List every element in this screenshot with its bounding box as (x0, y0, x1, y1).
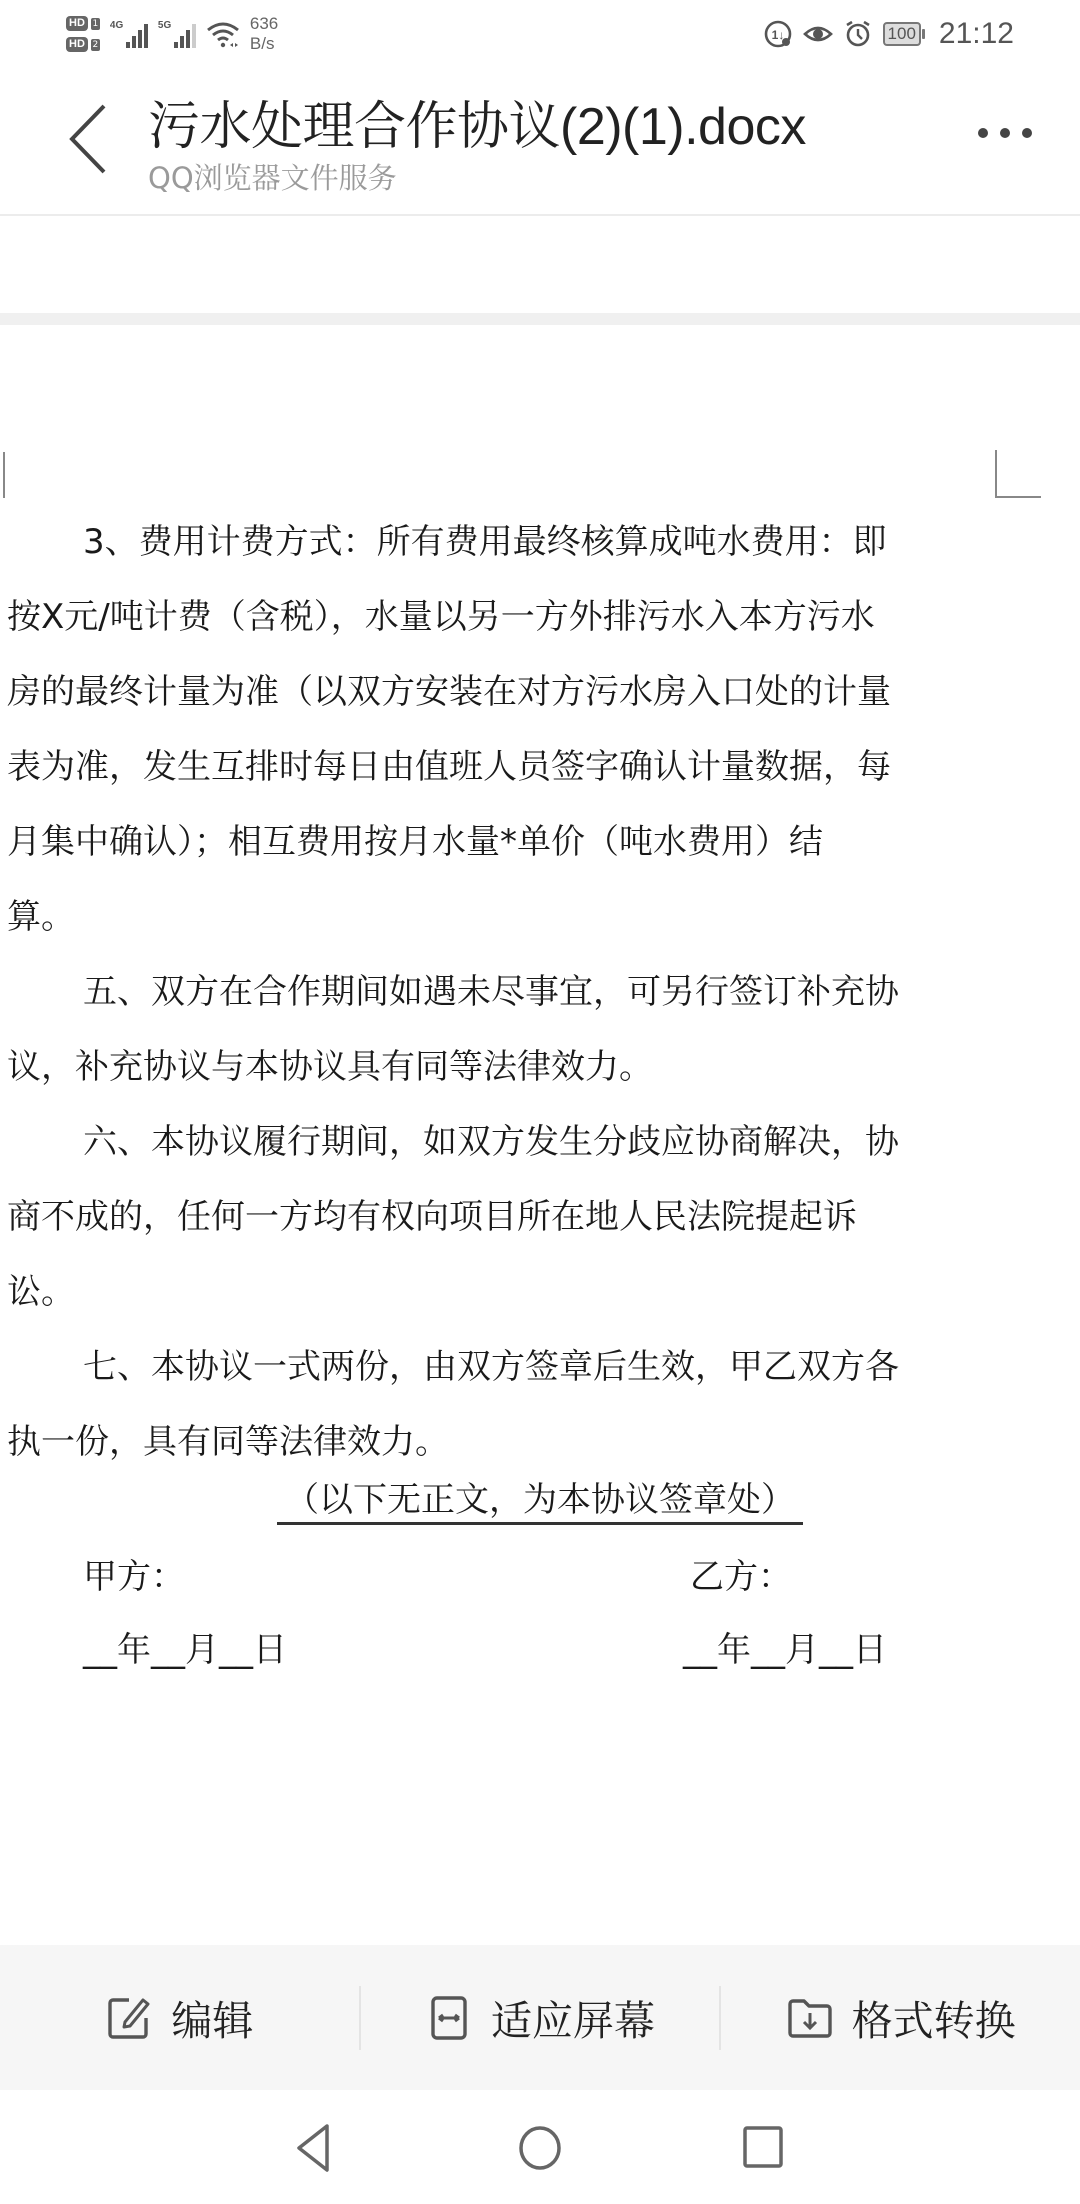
party-b-label: 乙方： (690, 1547, 792, 1607)
system-nav-bar (0, 2090, 1080, 2204)
fit-screen-label: 适应屏幕 (491, 1988, 655, 2047)
hd-icon: HD (66, 16, 88, 31)
eye-comfort-icon (803, 19, 833, 49)
sim1-hd: HD 1 (66, 16, 100, 31)
format-convert-icon (786, 1994, 834, 2042)
signal-type-label: 4G (110, 20, 123, 31)
page-margin-mark-left (0, 452, 5, 498)
text-line: 七、本协议一式两份，由双方签章后生效，甲乙双方各 (7, 1330, 1007, 1405)
signal-4g-icon: 4G (110, 20, 148, 48)
sim-slot-icon: 1 (91, 18, 100, 30)
paragraph-seven: 七、本协议一式两份，由双方签章后生效，甲乙双方各 执一份，具有同等法律效力。 (7, 1330, 1007, 1480)
text-line: 房的最终计量为准（以双方安装在对方污水房入口处的计量 (7, 655, 1007, 730)
text-line: 按X元/吨计费（含税），水量以另一方外排污水入本方污水 (7, 580, 1007, 655)
text-line: 3、费用计费方式：所有费用最终核算成吨水费用：即 (7, 505, 1007, 580)
format-convert-label: 格式转换 (852, 1988, 1016, 2047)
recents-nav-icon[interactable] (733, 2118, 793, 2178)
edit-button[interactable]: 编辑 (0, 1945, 359, 2090)
party-b-date: __年__月__日 (683, 1620, 887, 1680)
text-line: 商不成的，任何一方均有权向项目所在地人民法院提起诉 (7, 1180, 1007, 1255)
hd-icon: HD (66, 37, 88, 52)
signature-note-text: （以下无正文，为本协议签章处） (277, 1480, 803, 1525)
signal-5g-icon: 5G (158, 20, 196, 48)
format-convert-button[interactable]: 格式转换 (721, 1945, 1080, 2090)
text-line: 议，补充协议与本协议具有同等法律效力。 (7, 1030, 1007, 1105)
network-speed-unit: B/s (250, 34, 278, 54)
paragraph-fee-method: 3、费用计费方式：所有费用最终核算成吨水费用：即 按X元/吨计费（含税），水量以… (7, 505, 1007, 955)
more-options-button[interactable] (978, 128, 1032, 138)
home-nav-icon[interactable] (510, 2118, 570, 2178)
document-title: 污水处理合作协议(2)(1).docx (148, 84, 806, 159)
battery-level: 100 (883, 22, 921, 46)
party-a-label: 甲方： (83, 1547, 185, 1607)
network-speed-value: 636 (250, 14, 278, 34)
text-line: 表为准，发生互排时每日由值班人员签字确认计量数据，每 (7, 730, 1007, 805)
text-line: 算。 (7, 880, 1007, 955)
battery-icon: 100 (883, 22, 925, 46)
text-line: 五、双方在合作期间如遇未尽事宜，可另行签订补充协 (7, 955, 1007, 1030)
status-left-group: HD 1 HD 2 4G 5G 636 B/s (66, 8, 278, 60)
wifi-icon (206, 20, 240, 48)
fit-screen-icon (425, 1994, 473, 2042)
document-source: QQ浏览器文件服务 (148, 156, 397, 197)
data-saver-icon: 1↓ (763, 19, 793, 49)
text-line: 六、本协议履行期间，如双方发生分歧应协商解决，协 (7, 1105, 1007, 1180)
svg-text:1↓: 1↓ (771, 28, 784, 42)
status-right-group: 1↓ 100 21:12 (763, 12, 1014, 56)
bottom-toolbar: 编辑 适应屏幕 格式转换 (0, 1945, 1080, 2090)
page-separator (0, 313, 1080, 325)
clock: 21:12 (939, 17, 1014, 51)
alarm-icon (843, 19, 873, 49)
back-button[interactable] (60, 102, 116, 176)
signature-note: （以下无正文，为本协议签章处） (0, 1470, 1080, 1530)
network-speed: 636 B/s (250, 14, 278, 54)
status-bar: HD 1 HD 2 4G 5G 636 B/s (0, 0, 1080, 68)
app-header: 污水处理合作协议(2)(1).docx QQ浏览器文件服务 (0, 68, 1080, 216)
document-body: 3、费用计费方式：所有费用最终核算成吨水费用：即 按X元/吨计费（含税），水量以… (7, 505, 1007, 1480)
edit-label: 编辑 (171, 1988, 253, 2047)
fit-screen-button[interactable]: 适应屏幕 (361, 1945, 720, 2090)
sim-slot-icon: 2 (91, 39, 100, 51)
edit-icon (105, 1994, 153, 2042)
paragraph-five: 五、双方在合作期间如遇未尽事宜，可另行签订补充协 议，补充协议与本协议具有同等法… (7, 955, 1007, 1105)
text-line: 执一份，具有同等法律效力。 (7, 1405, 1007, 1480)
back-nav-icon[interactable] (287, 2118, 347, 2178)
sim2-hd: HD 2 (66, 37, 100, 52)
page-margin-mark-right (995, 450, 1041, 498)
more-dots-icon (978, 128, 988, 138)
signal-type-label: 5G (158, 20, 171, 31)
text-line: 讼。 (7, 1255, 1007, 1330)
sim-indicators: HD 1 HD 2 (66, 16, 100, 52)
text-line: 月集中确认）；相互费用按月水量*单价（吨水费用）结 (7, 805, 1007, 880)
paragraph-six: 六、本协议履行期间，如双方发生分歧应协商解决，协 商不成的，任何一方均有权向项目… (7, 1105, 1007, 1330)
party-a-date: __年__月__日 (83, 1620, 287, 1680)
